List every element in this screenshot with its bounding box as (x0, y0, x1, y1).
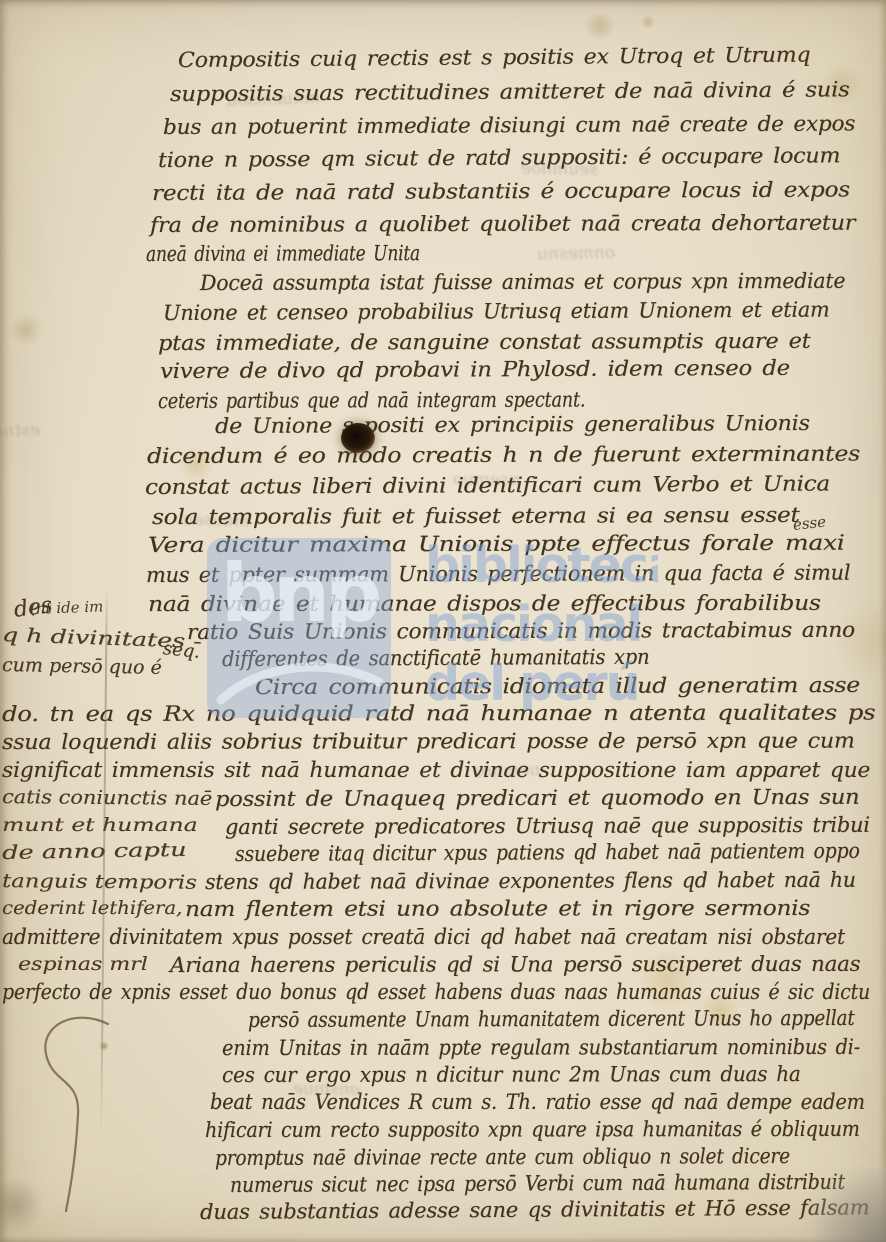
manuscript-line: dicendum é eo modo creatis h n de fuerun… (147, 442, 860, 468)
manuscript-line: ganti secrete predicatores Utriusq naē q… (225, 813, 870, 839)
manuscript-line: ratio Suis Unionis communicatis in modis… (187, 618, 855, 644)
page-curl-corner (776, 1167, 886, 1242)
manuscript-line: beat naās Vendices R cum s. Th. ratio es… (210, 1090, 865, 1114)
margin-note: cederint lethifera, (2, 897, 182, 919)
manuscript-line: differentes de sanctificatē humanitatis … (222, 645, 650, 671)
manuscript-line: perfecto de xpnis esset duo bonus qd ess… (2, 980, 870, 1004)
manuscript-page: mnuemsouseumnoeonmesnuestnote saue taomu… (0, 0, 886, 1242)
manuscript-line: possint de Unaqueq predicari et quomodo … (215, 785, 859, 811)
manuscript-line: ceteris partibus que ad naā integram spe… (158, 388, 585, 413)
margin-note: catis coniunctis naē (2, 786, 212, 810)
interlinear-note: (nt ide im (30, 597, 104, 618)
bleedthrough-mark: onmesnu (537, 243, 615, 264)
manuscript-line: persō assumente Unam humanitatem diceren… (248, 1006, 855, 1032)
manuscript-line: ptas immediate, de sanguine constat assu… (158, 329, 811, 355)
manuscript-line: do. tn ea qs Rx no quidquid ratd naā hum… (2, 700, 875, 726)
manuscript-line: admittere divinitatem xpus posset creatā… (2, 925, 845, 949)
margin-note: tanguis temporis (2, 870, 197, 894)
manuscript-line: numerus sicut nec ipsa persō Verbi cum n… (230, 1170, 845, 1197)
manuscript-line: significat immensis sit naā humanae et d… (2, 758, 870, 782)
manuscript-line: Ariana haerens periculis qd si Una persō… (170, 952, 860, 977)
manuscript-line: duas substantias adesse sane qs divinita… (200, 1195, 870, 1224)
manuscript-line: ces cur ergo xpus n dicitur nunc 2m Unas… (222, 1062, 801, 1087)
pen-flourish (16, 1006, 126, 1221)
manuscript-line: bus an potuerint immediate disiungi cum … (163, 111, 855, 139)
manuscript-line: fra de nominibus a quolibet quolibet naā… (150, 211, 855, 237)
manuscript-line: promptus naē divinae recte ante cum obli… (215, 1144, 790, 1170)
manuscript-line: de Unione s positi ex principiis general… (215, 411, 810, 438)
manuscript-line: recti ita de naā ratd substantiis é occu… (152, 177, 850, 205)
margin-note: de anno captu (2, 839, 187, 864)
manuscript-line: sola temporalis fuit et fuisset eterna s… (152, 503, 800, 529)
manuscript-line: suppositis suas rectitudines amitteret d… (170, 77, 850, 106)
manuscript-line: hificari cum recto supposito xpn quare i… (205, 1117, 860, 1142)
manuscript-line: aneā divina ei immediate Unita (146, 241, 420, 266)
manuscript-line: Circa communicatis idiomata illud genera… (255, 673, 860, 699)
manuscript-line: nam flentem etsi uno absolute et in rigo… (185, 896, 810, 921)
manuscript-line: naā divinae et humanae dispos de effecti… (148, 591, 821, 616)
manuscript-line: enim Unitas in naām ppte regulam substan… (222, 1035, 860, 1060)
manuscript-line: Compositis cuiq rectis est s positis ex … (178, 42, 811, 72)
manuscript-line: stens qd habet naā divinae exponentes fl… (205, 868, 856, 894)
manuscript-line: ssuebere itaq dicitur xpus patiens qd ha… (235, 839, 860, 866)
margin-note: cum persō quo é (2, 654, 162, 679)
bleedthrough-mark: estnote saue tao (0, 420, 41, 447)
manuscript-line: mus et ppter summam Unionis perfectionem… (146, 561, 850, 587)
manuscript-line: vivere de divo qd probavi in Phylosd. id… (160, 356, 790, 383)
interlinear-note: esse (792, 513, 827, 534)
manuscript-line: constat actus liberi divini identificari… (145, 471, 830, 499)
margin-note: espinas mrl (18, 953, 148, 975)
manuscript-line: Vera dicitur maxima Unionis ppte effectu… (148, 531, 845, 557)
margin-note: munt et humana (2, 814, 198, 836)
manuscript-line: tione n posse qm sicut de ratd suppositi… (158, 143, 840, 172)
margin-note: seq. (162, 638, 201, 663)
manuscript-line: Doceā assumpta istat fuisse animas et co… (200, 269, 845, 295)
manuscript-line: Unione et censeo probabilius Utriusq eti… (163, 298, 830, 325)
ink-blot (341, 423, 375, 453)
manuscript-line: ssua loquendi aliis sobrius tribuitur pr… (2, 729, 855, 754)
